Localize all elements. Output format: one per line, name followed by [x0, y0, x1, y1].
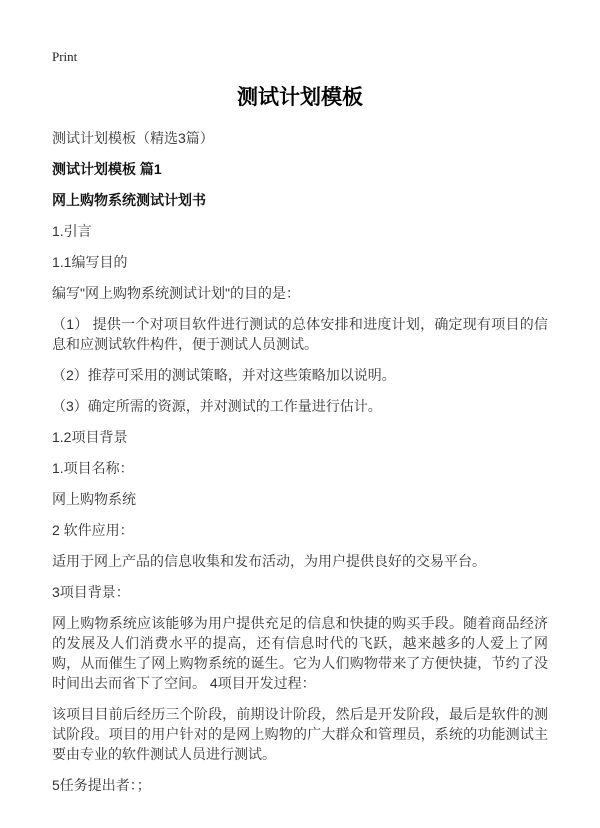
doc-paragraph: （1） 提供一个对项目软件进行测试的总体安排和进度计划，确定现有项目的信息和应测… — [52, 314, 548, 354]
doc-paragraph: 3项目背景： — [52, 582, 548, 602]
doc-paragraph: 2 软件应用： — [52, 520, 548, 540]
document-body: 测试计划模板（精选3篇） 测试计划模板 篇1 网上购物系统测试计划书 1.引言 … — [52, 128, 548, 795]
doc-paragraph: 适用于网上产品的信息收集和发布活动，为用户提供良好的交易平台。 — [52, 551, 548, 571]
doc-paragraph: 5任务提出者：； — [52, 775, 548, 795]
doc-paragraph: 1.引言 — [52, 221, 548, 241]
doc-paragraph: 该项目目前后经历三个阶段，前期设计阶段，然后是开发阶段，最后是软件的测试阶段。项… — [52, 704, 548, 764]
print-link[interactable]: Print — [52, 50, 77, 64]
doc-paragraph: （2）推荐可采用的测试策略，并对这些策略加以说明。 — [52, 365, 548, 385]
doc-paragraph: 编写"网上购物系统测试计划"的目的是： — [52, 283, 548, 303]
doc-paragraph: 1.2项目背景 — [52, 427, 548, 447]
doc-paragraph: 1.1编写目的 — [52, 252, 548, 272]
doc-paragraph: 测试计划模板（精选3篇） — [52, 128, 548, 148]
document-page: Print 测试计划模板 测试计划模板（精选3篇） 测试计划模板 篇1 网上购物… — [0, 0, 600, 828]
doc-paragraph: 网上购物系统 — [52, 489, 548, 509]
doc-paragraph: 测试计划模板 篇1 — [52, 159, 548, 179]
doc-paragraph: 1.项目名称： — [52, 458, 548, 478]
doc-paragraph: 网上购物系统应该能够为用户提供充足的信息和快捷的购买手段。随着商品经济的发展及人… — [52, 613, 548, 693]
doc-paragraph: 网上购物系统测试计划书 — [52, 190, 548, 210]
doc-paragraph: （3）确定所需的资源，并对测试的工作量进行估计。 — [52, 396, 548, 416]
document-title: 测试计划模板 — [52, 87, 548, 108]
